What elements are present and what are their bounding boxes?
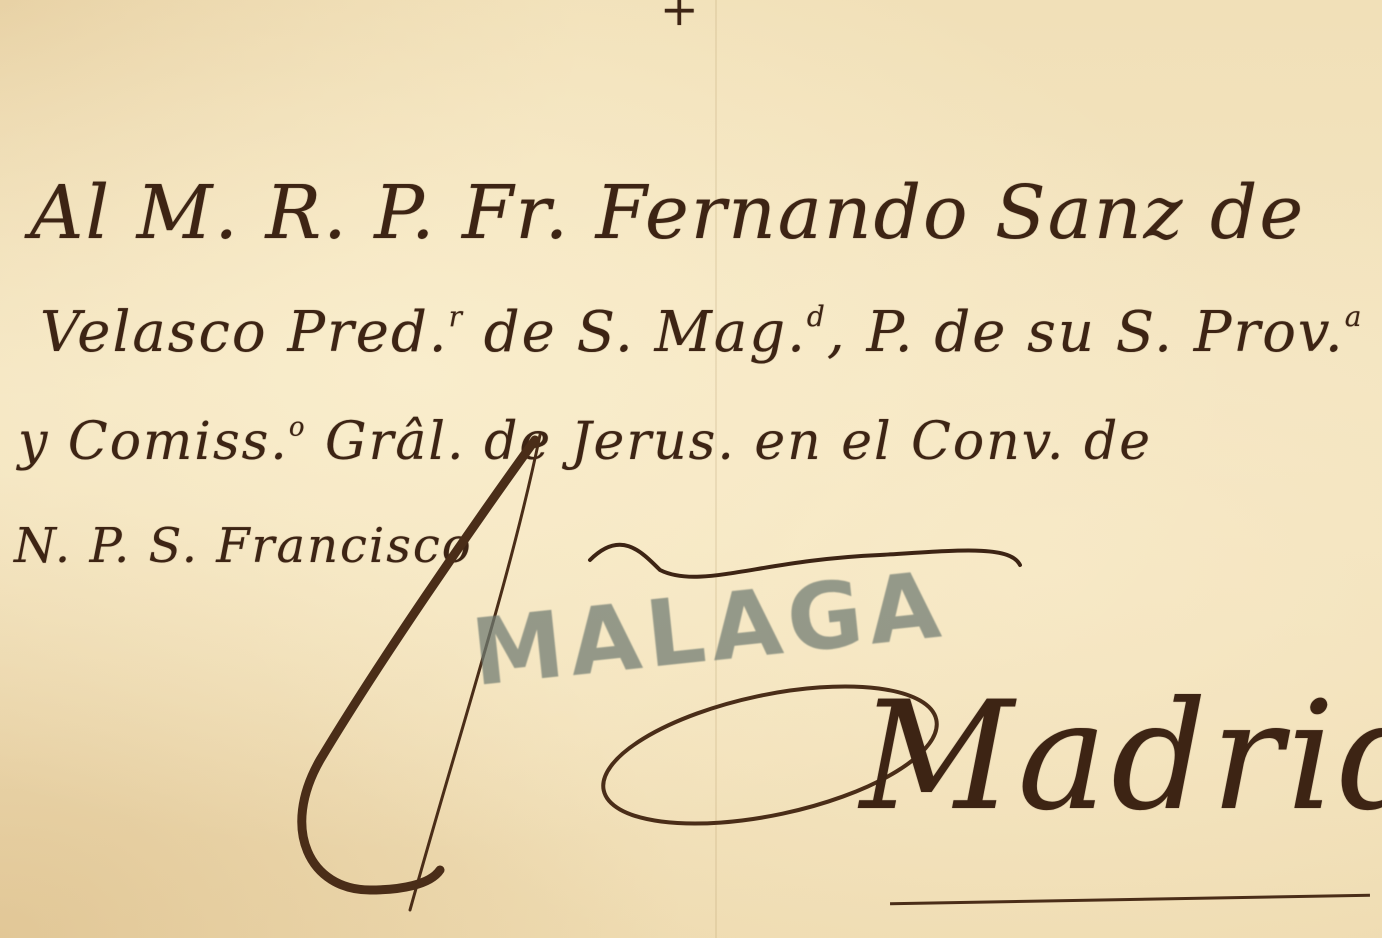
abbreviation-superscript: a bbox=[1345, 300, 1364, 333]
abbreviation-superscript: r bbox=[449, 300, 464, 333]
address-line-2: Velasco Pred.r de S. Mag.d, P. de su S. … bbox=[40, 300, 1363, 365]
letter-cover: + Al M. R. P. Fr. Fernando Sanz de Velas… bbox=[0, 0, 1382, 938]
address-line-1: Al M. R. P. Fr. Fernando Sanz de bbox=[30, 170, 1305, 256]
top-cross-mark: + bbox=[660, 0, 701, 36]
address-line-3: y Comiss.o Grâl. de Jerus. en el Conv. d… bbox=[18, 412, 1152, 472]
address-line-2-text: Velasco Pred. bbox=[40, 300, 449, 365]
address-line-2-text: , P. de su S. Prov. bbox=[827, 300, 1345, 365]
destination-city: Madrid bbox=[860, 670, 1382, 844]
abbreviation-superscript: d bbox=[807, 300, 827, 333]
address-line-3-text: y Comiss. bbox=[18, 412, 289, 472]
address-line-2-text: de S. Mag. bbox=[464, 300, 807, 365]
destination-underline bbox=[890, 894, 1370, 905]
